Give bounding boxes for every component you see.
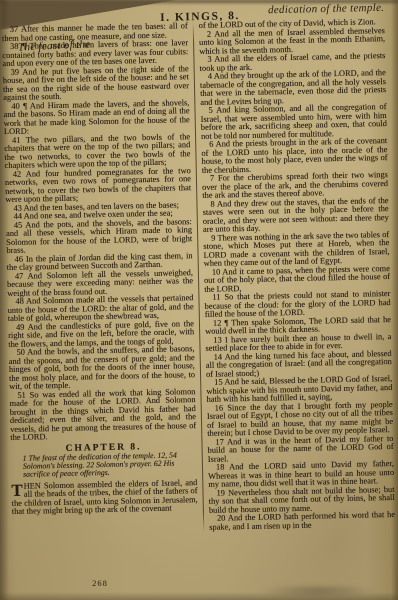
verse: 39 And he put five bases on the right si…: [3, 65, 190, 103]
chapter-opening-verse: THEN Solomon assembled the elders of Isr…: [11, 479, 198, 517]
right-column: of the LORD out of the city of David, wh…: [199, 18, 396, 532]
running-head-right: dedication of the temple.: [268, 2, 384, 16]
verse: 5 And king Solomon, and all the congrega…: [200, 103, 387, 141]
verse: 16 Since the day that I brought forth my…: [207, 400, 394, 438]
bible-page: The feast of the I. KINGS, 8. dedication…: [0, 0, 398, 600]
opening-verse-text: HEN Solomon assembled the elders of Isra…: [12, 478, 198, 516]
verse: 4 And they brought up the ark of the LOR…: [200, 69, 387, 107]
verse: 8 And they drew out the staves, that the…: [202, 197, 389, 235]
verse: 20 And the LORD hath performed his word …: [209, 511, 395, 532]
text-columns: 37 After this manner he made the ten bas…: [2, 18, 397, 536]
right-column-verses: 2 And all the men of Israel assembled th…: [199, 27, 395, 532]
verse: 50 And the bowls, and the snuffers, and …: [8, 345, 195, 391]
verse: 9 There was nothing in the ark save the …: [203, 231, 390, 269]
bottom-right-smudge: [258, 584, 378, 598]
verse: 6 And the priests brought in the ark of …: [201, 137, 388, 175]
page-number: 268: [70, 578, 130, 588]
drop-cap: T: [11, 482, 24, 497]
chapter-summary: 1 The feast of the dedication of the tem…: [11, 450, 198, 481]
left-column-verses: 37 After this manner he made the ten bas…: [2, 22, 197, 442]
verse: 51 So was ended all the work that king S…: [9, 388, 196, 443]
verse: 42 And four hundred pomegranates for the…: [5, 167, 192, 205]
verse: 41 The two pillars, and the two bowls of…: [4, 133, 191, 171]
verse: 45 And the pots, and the shovels, and th…: [6, 218, 193, 256]
verse: 40 ¶ And Hiram made the lavers, and the …: [3, 99, 190, 137]
left-column: 37 After this manner he made the ten bas…: [2, 22, 199, 536]
